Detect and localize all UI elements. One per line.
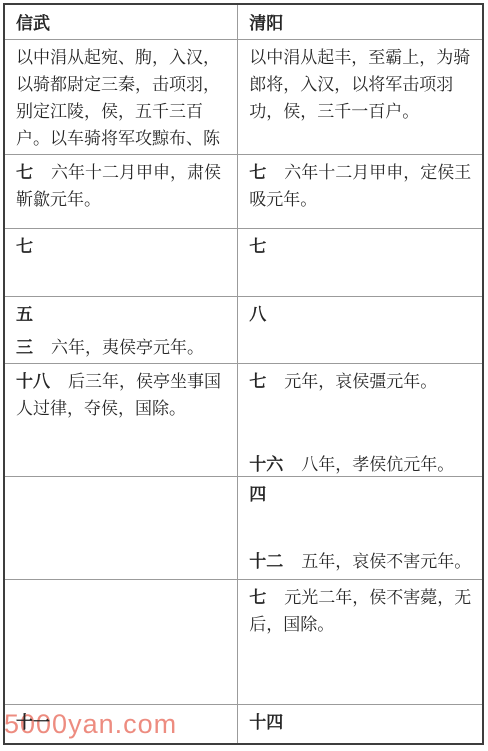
table-row: 四十二五年，哀侯不害元年。	[5, 476, 482, 579]
table-cell: 七	[5, 229, 238, 296]
table-cell: 以中涓从起宛、朐，入汉，以骑都尉定三秦，击项羽，别定江陵，侯，五千三百户。以车骑…	[5, 40, 238, 154]
table-cell: 十一	[5, 705, 238, 743]
record-entry: 以中涓从起宛、朐，入汉，以骑都尉定三秦，击项羽，别定江陵，侯，五千三百户。以车骑…	[16, 44, 228, 154]
record-entry: 十一	[16, 709, 228, 736]
record-text: 元年，哀侯彊元年。	[284, 372, 437, 391]
record-text: 五年，哀侯不害元年。	[301, 552, 471, 571]
table-cell: 七元年，哀侯彊元年。十六八年，孝侯伉元年。	[238, 364, 482, 476]
table-header-row: 信武 清阳	[5, 5, 482, 39]
table-row: 以中涓从起宛、朐，入汉，以骑都尉定三秦，击项羽，别定江陵，侯，五千三百户。以车骑…	[5, 39, 482, 154]
record-entry: 十二五年，哀侯不害元年。	[249, 548, 473, 575]
table-cell: 七元光二年，侯不害薨，无后，国除。	[238, 580, 482, 704]
record-entry: 七元年，哀侯彊元年。	[249, 368, 473, 395]
record-table-body: 以中涓从起宛、朐，入汉，以骑都尉定三秦，击项羽，别定江陵，侯，五千三百户。以车骑…	[5, 39, 482, 743]
reign-year-count: 七	[249, 588, 266, 607]
marquis-genealogy-table: 信武 清阳 以中涓从起宛、朐，入汉，以骑都尉定三秦，击项羽，别定江陵，侯，五千三…	[3, 3, 484, 745]
record-entry: 八	[249, 301, 473, 328]
table-row: 十八后三年，侯亭坐事国人过律，夺侯，国除。七元年，哀侯彊元年。十六八年，孝侯伉元…	[5, 363, 482, 476]
reign-year-count: 三	[16, 338, 33, 357]
table-cell: 八	[238, 297, 482, 363]
record-text: 以中涓从起丰，至霸上，为骑郎将，入汉，以将军击项羽功，侯，三千一百户。	[249, 48, 470, 121]
reign-year-count: 四	[249, 485, 266, 504]
table-cell: 十四	[238, 705, 482, 743]
record-entry: 三六年，夷侯亭元年。	[16, 334, 228, 361]
record-entry: 十八后三年，侯亭坐事国人过律，夺侯，国除。	[16, 368, 228, 422]
record-text: 以中涓从起宛、朐，入汉，以骑都尉定三秦，击项羽，别定江陵，侯，五千三百户。以车骑…	[16, 48, 220, 154]
table-cell	[5, 477, 238, 579]
record-text: 元光二年，侯不害薨，无后，国除。	[249, 588, 471, 634]
column-header-xinwu: 信武	[5, 5, 238, 39]
table-cell: 十八后三年，侯亭坐事国人过律，夺侯，国除。	[5, 364, 238, 476]
reign-year-count: 五	[16, 305, 33, 324]
table-row: 五三六年，夷侯亭元年。八	[5, 296, 482, 363]
table-row: 十一十四	[5, 704, 482, 743]
record-text: 六年十二月甲申，肃侯靳歙元年。	[16, 163, 221, 209]
table-cell	[5, 580, 238, 704]
reign-year-count: 七	[249, 163, 266, 182]
record-entry: 七六年十二月甲申，肃侯靳歙元年。	[16, 159, 228, 213]
reign-year-count: 十二	[249, 552, 283, 571]
reign-year-count: 七	[16, 163, 33, 182]
record-entry: 七	[16, 233, 228, 260]
reign-year-count: 七	[249, 237, 266, 256]
record-entry: 以中涓从起丰，至霸上，为骑郎将，入汉，以将军击项羽功，侯，三千一百户。	[249, 44, 473, 125]
table-cell: 以中涓从起丰，至霸上，为骑郎将，入汉，以将军击项羽功，侯，三千一百户。	[238, 40, 482, 154]
table-row: 七元光二年，侯不害薨，无后，国除。	[5, 579, 482, 704]
reign-year-count: 十八	[16, 372, 50, 391]
table-cell: 五三六年，夷侯亭元年。	[5, 297, 238, 363]
table-row: 七七	[5, 228, 482, 296]
record-entry: 十六八年，孝侯伉元年。	[249, 451, 473, 476]
reign-year-count: 八	[249, 305, 266, 324]
record-entry: 五	[16, 301, 228, 328]
record-text: 六年十二月甲申，定侯王吸元年。	[249, 163, 471, 209]
table-cell: 四十二五年，哀侯不害元年。	[238, 477, 482, 579]
record-entry: 十四	[249, 709, 473, 736]
reign-year-count: 十一	[16, 713, 50, 732]
record-entry: 七元光二年，侯不害薨，无后，国除。	[249, 584, 473, 638]
reign-year-count: 十六	[249, 455, 283, 474]
record-text: 八年，孝侯伉元年。	[301, 455, 454, 474]
reign-year-count: 七	[16, 237, 33, 256]
record-entry: 四	[249, 481, 473, 508]
column-header-qingyang: 清阳	[238, 5, 482, 39]
reign-year-count: 十四	[249, 713, 283, 732]
table-cell: 七	[238, 229, 482, 296]
table-cell: 七六年十二月甲申，定侯王吸元年。	[238, 155, 482, 228]
record-text: 六年，夷侯亭元年。	[51, 338, 204, 357]
reign-year-count: 七	[249, 372, 266, 391]
table-row: 七六年十二月甲申，肃侯靳歙元年。七六年十二月甲申，定侯王吸元年。	[5, 154, 482, 228]
table-cell: 七六年十二月甲申，肃侯靳歙元年。	[5, 155, 238, 228]
record-entry: 七六年十二月甲申，定侯王吸元年。	[249, 159, 473, 213]
record-entry: 七	[249, 233, 473, 260]
